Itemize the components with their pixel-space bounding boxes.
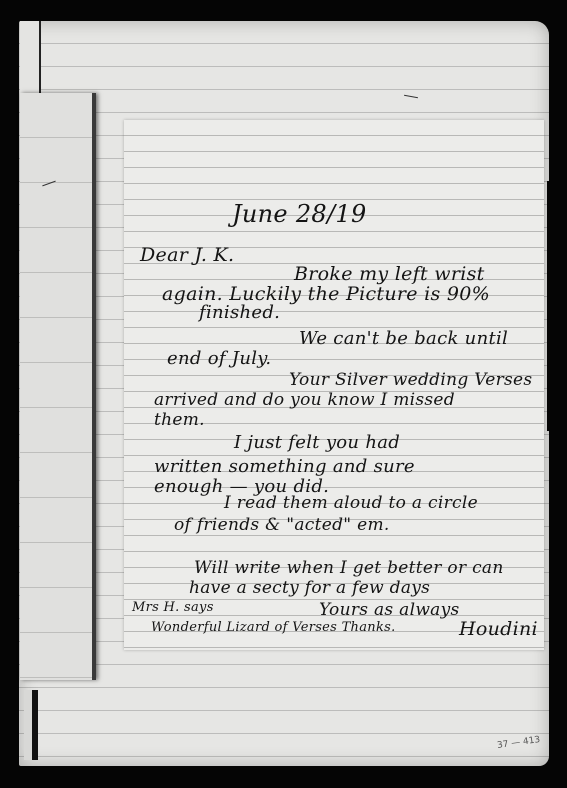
body-line: finished. xyxy=(199,302,280,323)
body-line: have a secty for a few days xyxy=(189,578,430,598)
body-line: end of July. xyxy=(167,348,271,369)
letter-sheet: June 28/19 Dear J. K. Broke my left wris… xyxy=(124,120,544,650)
body-line: written something and sure xyxy=(154,456,415,477)
bottom-mount-tab xyxy=(24,690,38,760)
left-mount-strip xyxy=(20,93,96,680)
letter-salutation: Dear J. K. xyxy=(140,244,234,266)
postscript-line: Mrs H. says xyxy=(132,600,214,615)
body-line: Broke my left wrist xyxy=(294,263,485,285)
letter-signature: Houdini xyxy=(459,618,538,640)
body-line: I just felt you had xyxy=(234,432,400,453)
body-line: Your Silver wedding Verses xyxy=(289,370,532,390)
page-edge-notch xyxy=(547,181,561,431)
top-mount-tab xyxy=(20,21,41,93)
body-line: them. xyxy=(154,410,205,430)
body-line: We can't be back until xyxy=(299,328,508,349)
postscript-line: Wonderful Lizard of Verses Thanks. xyxy=(151,620,396,635)
body-line: I read them aloud to a circle xyxy=(224,493,478,513)
letter-date: June 28/19 xyxy=(232,200,367,228)
body-line: Will write when I get better or can xyxy=(194,558,504,578)
letter-closing: Yours as always xyxy=(319,600,460,620)
body-line: of friends & "acted" em. xyxy=(174,515,390,535)
body-line: arrived and do you know I missed xyxy=(154,390,455,410)
